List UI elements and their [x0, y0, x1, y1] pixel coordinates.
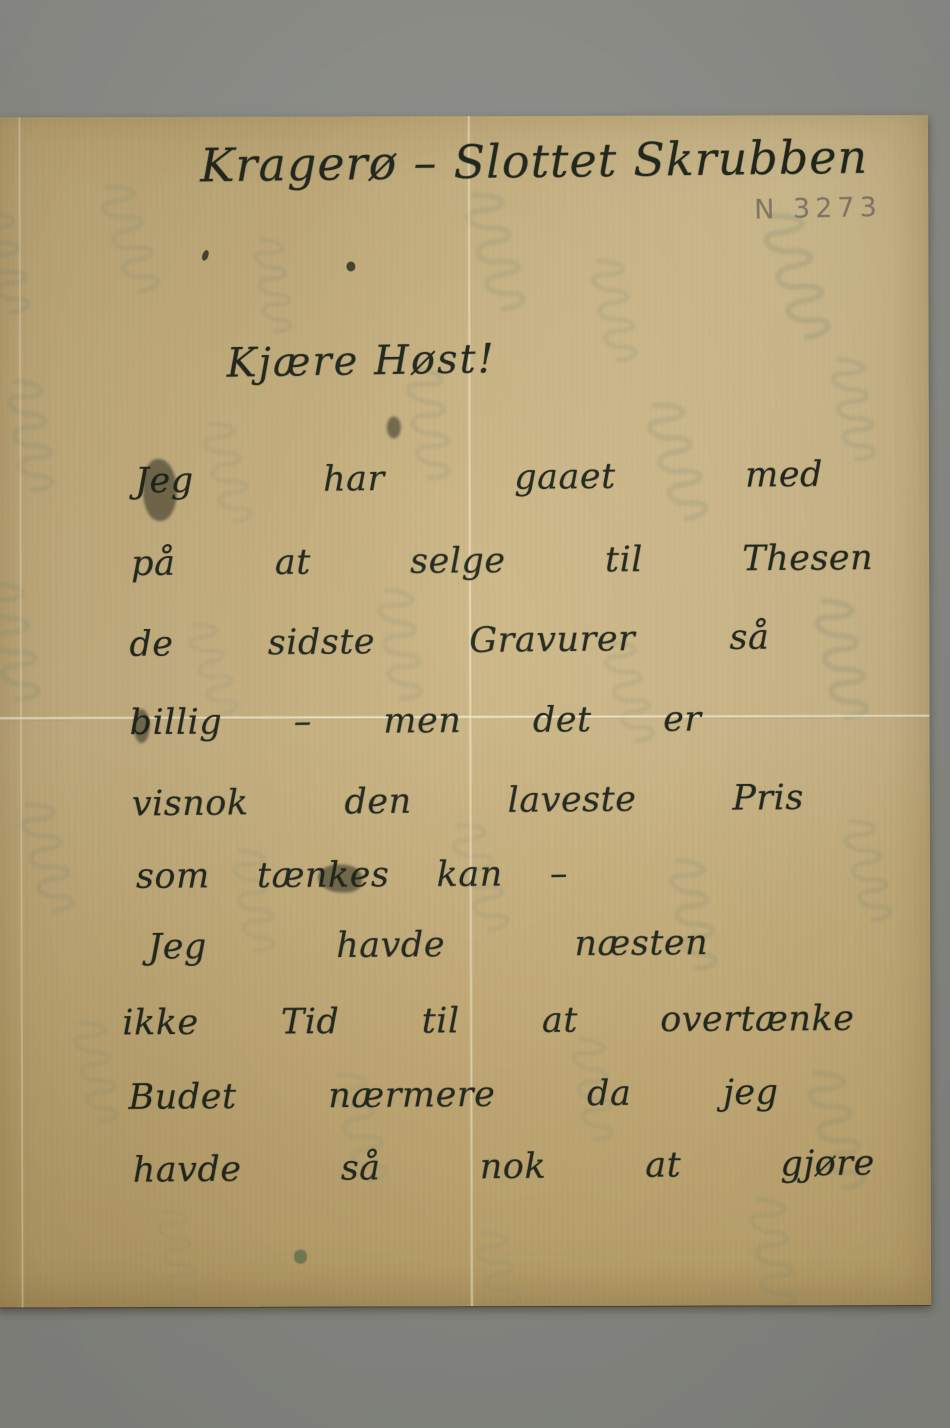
- letter-line: visnok den laveste Pris: [132, 781, 804, 822]
- letter-line: billig – men det er: [129, 703, 701, 741]
- left-edge-crease: [18, 117, 24, 1307]
- letter-paper: N 3273 Kragerø – Slottet Skrubben Kjære …: [0, 115, 931, 1307]
- letter-line: som tænkes kan –: [136, 857, 568, 895]
- photo-backdrop: N 3273 Kragerø – Slottet Skrubben Kjære …: [0, 0, 950, 1428]
- letter-line: Jeg har gaaet med: [135, 458, 823, 500]
- ink-blot: [387, 416, 401, 438]
- letter-line: de sidste Gravurer så: [129, 621, 769, 663]
- ink-speck: [346, 261, 355, 271]
- letter-line: Budet nærmere da jeg: [128, 1076, 778, 1116]
- letter-line: havde så nok at gjøre: [133, 1147, 875, 1189]
- letter-line: på at selge til Thesen: [131, 541, 873, 582]
- green-ink-spot: [294, 1250, 307, 1264]
- letter-line: ikke Tid til at overtænke: [122, 1002, 854, 1041]
- letter-salutation: Kjære Høst!: [226, 336, 496, 386]
- letter-heading-location: Kragerø – Slottet Skrubben: [200, 130, 869, 193]
- letter-line: Jeg havde næsten: [148, 926, 708, 965]
- archive-number: N 3273: [754, 192, 882, 226]
- ink-speck: [201, 249, 210, 261]
